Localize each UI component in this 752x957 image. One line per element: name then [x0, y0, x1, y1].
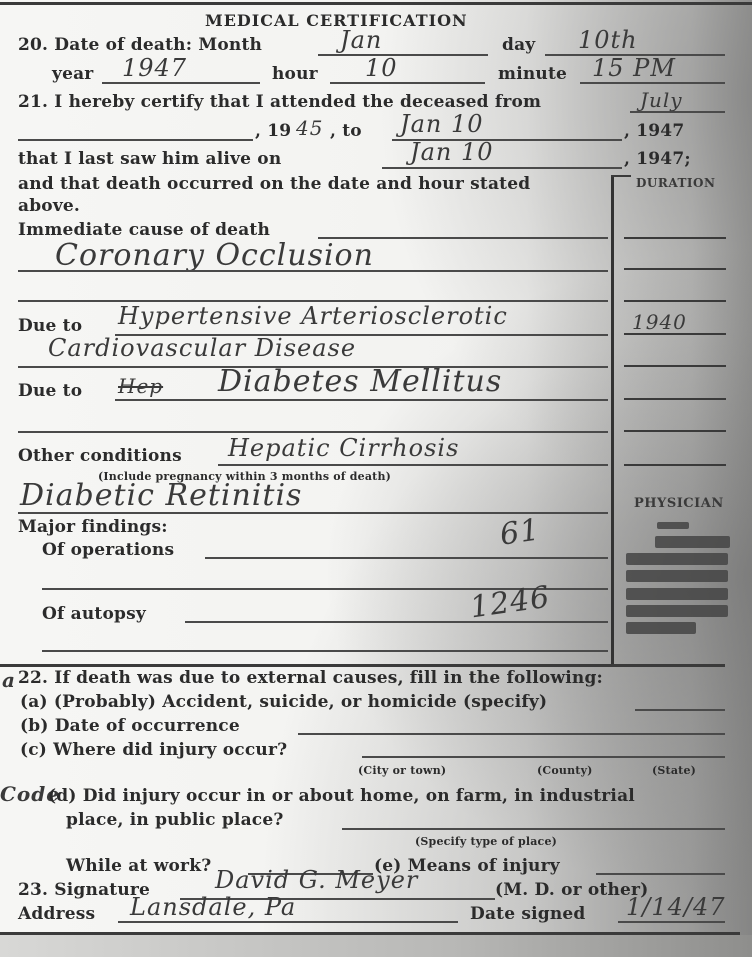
- duration-line-1: [624, 237, 726, 239]
- hour-label: hour: [272, 64, 318, 84]
- from-value[interactable]: July: [640, 88, 683, 112]
- address-value[interactable]: Lansdale, Pa: [130, 893, 296, 921]
- autopsy-label: Of autopsy: [42, 604, 146, 624]
- margin-mark-1: 61: [498, 512, 543, 552]
- physician-note-line: [626, 570, 728, 582]
- due-to-line-2b: [18, 431, 608, 433]
- month-field-line: [318, 54, 488, 56]
- address-label: Address: [18, 904, 95, 924]
- duration-column-divider: [611, 175, 614, 667]
- immediate-cause-line-2: [18, 270, 608, 272]
- signature-value[interactable]: David G. Meyer: [215, 866, 418, 894]
- form-title: MEDICAL CERTIFICATION: [205, 11, 468, 30]
- hour-value[interactable]: 10: [365, 54, 398, 82]
- operations-label: Of operations: [42, 540, 174, 560]
- physician-note-line: [655, 536, 730, 548]
- injury-place-question-2: place, in public place?: [66, 810, 284, 830]
- from-year-value[interactable]: 45: [296, 116, 323, 140]
- due-to-line-2: [115, 399, 608, 401]
- other-conditions-line: [218, 464, 608, 466]
- last-saw-value[interactable]: Jan 10: [410, 138, 494, 166]
- injury-place-line: [342, 828, 725, 830]
- accident-label: (a) (Probably) Accident, suicide, or hom…: [20, 692, 547, 712]
- attended-statement: 21. I hereby certify that I attended the…: [18, 92, 541, 112]
- immediate-cause-value[interactable]: Coronary Occlusion: [55, 238, 374, 273]
- address-line: [118, 921, 458, 923]
- immediate-cause-label: Immediate cause of death: [18, 220, 270, 240]
- duration-line-2: [624, 268, 726, 270]
- means-of-injury-line: [596, 873, 725, 875]
- year-value[interactable]: 1947: [122, 54, 187, 82]
- physician-header: PHYSICIAN: [634, 496, 724, 511]
- state-sublabel: (State): [652, 764, 696, 777]
- occurred-statement: and that death occurred on the date and …: [18, 174, 530, 194]
- day-label: day: [502, 35, 535, 55]
- due-to-struck-value: Hep: [118, 374, 163, 398]
- date-signed-value[interactable]: 1/14/47: [626, 893, 726, 921]
- due-to-label-2: Due to: [18, 381, 82, 401]
- minute-value[interactable]: 15 PM: [592, 54, 676, 82]
- duration-line-3: [624, 300, 726, 302]
- other-conditions-label: Other conditions: [18, 446, 182, 466]
- year-label: year: [52, 64, 93, 84]
- duration-line-5: [624, 365, 726, 367]
- county-sublabel: (County): [537, 764, 593, 777]
- injury-location-label: (c) Where did injury occur?: [20, 740, 287, 760]
- due-to-value-1b[interactable]: Cardiovascular Disease: [48, 334, 356, 362]
- duration-line-8: [624, 464, 726, 466]
- date-occurrence-label: (b) Date of occurrence: [20, 716, 240, 736]
- year-suffix-1: , 1947: [624, 121, 684, 141]
- physician-note-line: [626, 622, 696, 634]
- hour-field-line: [330, 82, 485, 84]
- top-border: [0, 2, 752, 5]
- date-signed-line: [618, 921, 725, 923]
- external-causes-statement: 22. If death was due to external causes,…: [18, 668, 603, 688]
- injury-place-question: (d) Did injury occur in or about home, o…: [48, 786, 635, 806]
- autopsy-line-1: [185, 621, 608, 623]
- place-type-sublabel: (Specify type of place): [415, 835, 557, 848]
- to-label: , to: [330, 121, 362, 141]
- above-text: above.: [18, 196, 80, 216]
- operations-line-1: [205, 557, 608, 559]
- to-value[interactable]: Jan 10: [400, 110, 484, 138]
- physician-note-line: [626, 553, 728, 565]
- due-to-value-2[interactable]: Diabetes Mellitus: [218, 364, 502, 399]
- last-saw-label: that I last saw him alive on: [18, 149, 281, 169]
- autopsy-line-2: [42, 650, 608, 652]
- day-value[interactable]: 10th: [578, 26, 638, 54]
- duration-column-corner: [611, 175, 631, 177]
- minute-label: minute: [498, 64, 567, 84]
- scan-margin: [0, 935, 752, 957]
- other-conditions-value-2[interactable]: Diabetic Retinitis: [20, 478, 302, 513]
- major-findings-label: Major findings:: [18, 517, 168, 537]
- due-to-label-1: Due to: [18, 316, 82, 336]
- year-suffix-2: , 1947;: [624, 149, 691, 169]
- due-to-value-1[interactable]: Hypertensive Arteriosclerotic: [118, 302, 508, 330]
- physician-note-line: [626, 588, 728, 600]
- physician-note-redacted: [657, 522, 689, 529]
- city-town-sublabel: (City or town): [358, 764, 446, 777]
- duration-line-7: [624, 430, 726, 432]
- section-divider: [0, 664, 725, 667]
- date-of-death-label: 20. Date of death: Month: [18, 35, 262, 55]
- minute-field-line: [580, 82, 725, 84]
- year-field-line: [102, 82, 260, 84]
- date-signed-label: Date signed: [470, 904, 586, 924]
- while-at-work-label: While at work?: [66, 856, 211, 876]
- duration-value-1[interactable]: 1940: [632, 310, 687, 334]
- month-value[interactable]: Jan: [340, 26, 382, 54]
- duration-header: DURATION: [636, 176, 715, 190]
- accident-line: [635, 709, 725, 711]
- physician-note-line: [626, 605, 728, 617]
- injury-location-line: [362, 756, 725, 758]
- duration-line-6: [624, 398, 726, 400]
- last-saw-field-line: [382, 167, 622, 169]
- year-prefix-1: , 19: [255, 121, 291, 141]
- other-conditions-value[interactable]: Hepatic Cirrhosis: [228, 434, 459, 462]
- from-date-line: [18, 139, 253, 141]
- date-occurrence-line: [298, 733, 725, 735]
- margin-annotation-a: a: [2, 668, 16, 692]
